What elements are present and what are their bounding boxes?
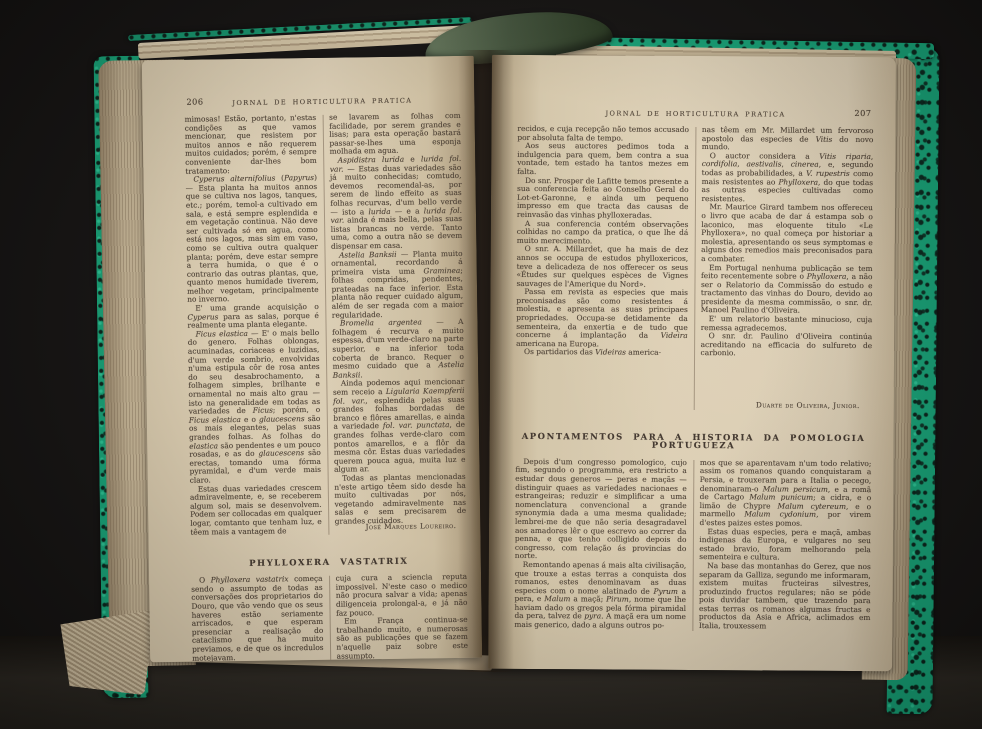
paragraph: O Phylloxera vastatrix começa sendo o as…	[191, 575, 324, 662]
paragraph: Remontando apenas á mais alta civilisaçã…	[514, 561, 686, 631]
article-pomologia-section: Depois d'um congresso pomologico, cujo f…	[514, 458, 871, 632]
page-header: 206 JORNAL DE HORTICULTURA PRATICA	[184, 94, 460, 109]
paragraph: Bromelia argentea — A folhagem é recurva…	[332, 318, 464, 380]
left-page: 206 JORNAL DE HORTICULTURA PRATICA mimos…	[142, 56, 482, 663]
page-header: JORNAL DE HORTICULTURA PRATICA 207	[517, 107, 873, 120]
paragraph: Aos seus auctores pedimos toda a indulge…	[517, 142, 689, 177]
page-number: 207	[854, 109, 871, 118]
article-phylloxera-continued-section: recidos, e cuja recepção não temos accus…	[516, 125, 874, 411]
text-column: cuja cura a sciencia reputa impossivel. …	[336, 573, 469, 662]
paragraph: Mr. Maurice Girard tambem nos offereceu …	[701, 203, 873, 264]
paragraph: Estas duas especies, pera e maçã, ambas …	[699, 528, 871, 563]
running-title: JORNAL DE HORTICULTURA PRATICA	[517, 108, 873, 119]
paragraph: Os partidarios das Videiras america-	[516, 348, 688, 358]
article-plants-section: mimosas! Estão, portanto, n'estas condiç…	[185, 112, 467, 537]
paragraph: cuja cura a sciencia reputa impossivel. …	[336, 573, 468, 618]
paragraph: Todas as plantas mencionadas n'este arti…	[334, 473, 466, 526]
article-heading: PHYLLOXERA VASTATRIX	[191, 556, 467, 568]
paragraph: Em Portugal nenhuma publicação se tem fe…	[701, 264, 873, 317]
text-column: O Phylloxera vastatrix começa sendo o as…	[191, 575, 324, 662]
text-column: nas têem em Mr. Millardet um fervoroso a…	[700, 126, 873, 411]
text-column: mimosas! Estão, portanto, n'estas condiç…	[185, 114, 322, 537]
paragraph: Ainda podemos aqui mencionar sem receio …	[333, 378, 466, 474]
column-divider-rule	[329, 576, 332, 662]
paragraph: O snr. A. Millardet, que ha mais de dez …	[516, 245, 688, 289]
paragraph: se lavarem as folhas com facilidade, por…	[329, 112, 461, 157]
paragraph: Do snr. Prosper de Lafitte temos present…	[517, 176, 689, 220]
running-title: JORNAL DE HORTICULTURA PRATICA	[184, 95, 460, 107]
paragraph: mimosas! Estão, portanto, n'estas condiç…	[185, 114, 317, 176]
paragraph: E' uma grande acquisição o Cyperus para …	[187, 303, 319, 331]
paragraph: Aspidistra lurida e lurida fol. var. — E…	[330, 155, 463, 251]
paragraph: O auctor considera a Vitis riparia, cord…	[701, 152, 873, 205]
article-phylloxera-section: O Phylloxera vastatrix começa sendo o as…	[191, 573, 469, 662]
text-column: recidos, e cuja recepção não temos accus…	[516, 125, 689, 410]
book-photo: 206 JORNAL DE HORTICULTURA PRATICA mimos…	[0, 0, 982, 729]
column-divider-rule	[692, 460, 694, 631]
article-heading: APONTAMENTOS PARA A HISTORIA DA POMOLOGI…	[515, 432, 871, 451]
paragraph: mos que se aparentavam n'um todo relativ…	[699, 459, 871, 529]
column-divider-rule	[322, 115, 329, 535]
text-column: Depois d'um congresso pomologico, cujo f…	[514, 458, 687, 631]
paragraph: Ficus elastica — E' o mais bello do gene…	[188, 329, 322, 486]
paragraph: Em França continua-se trabalhando muito,…	[336, 616, 468, 661]
paragraph: O snr. dr. Paulino d'Oliveira continúa a…	[701, 332, 873, 359]
paragraph: Depois d'um congresso pomologico, cujo f…	[515, 458, 687, 562]
paragraph: Cyperus alternifolius (Papyrus) — Esta p…	[185, 174, 318, 305]
paragraph: Na base das montanhas do Gerez, que nos …	[699, 562, 871, 632]
paragraph: nas têem em Mr. Millardet um fervoroso a…	[702, 126, 874, 153]
text-column: se lavarem as folhas com facilidade, por…	[329, 112, 466, 535]
text-column: mos que se aparentavam n'um todo relativ…	[699, 459, 872, 632]
paragraph: A sua conferencia contém observações col…	[517, 219, 689, 246]
right-page: JORNAL DE HORTICULTURA PRATICA 207 recid…	[488, 55, 896, 671]
column-divider-rule	[693, 127, 696, 410]
paragraph: Astelia Banksii — Planta muito ornamenta…	[331, 249, 463, 320]
paragraph: Passa em revista as especies que mais pr…	[516, 288, 688, 349]
